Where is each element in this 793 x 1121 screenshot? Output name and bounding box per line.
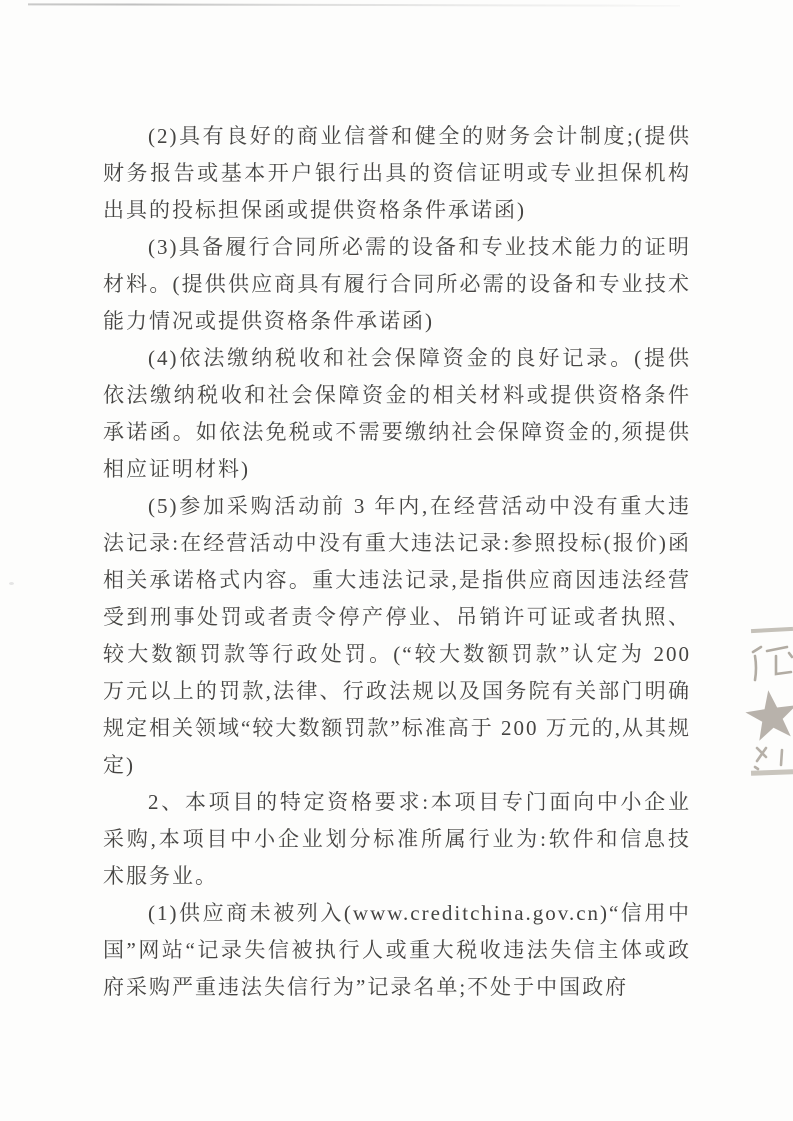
paragraph-item-5: (5)参加采购活动前 3 年内,在经营活动中没有重大违法记录:在经营活动中没有重… (103, 488, 691, 784)
star-icon (745, 687, 793, 742)
scan-artifact-smudge (9, 582, 14, 585)
stamp-partial-characters (753, 647, 792, 680)
document-page: (2)具有良好的商业信誉和健全的财务会计制度;(提供财务报告或基本开户银行出具的… (0, 0, 793, 1121)
stamp-graphic (745, 622, 793, 780)
paragraph-subitem-1: (1)供应商未被列入(www.creditchina.gov.cn)“信用中国”… (103, 895, 691, 1006)
scan-artifact-top-line (28, 3, 680, 6)
document-text-block: (2)具有良好的商业信誉和健全的财务会计制度;(提供财务报告或基本开户银行出具的… (103, 118, 691, 1006)
paragraph-item-4: (4)依法缴纳税收和社会保障资金的良好记录。(提供依法缴纳税收和社会保障资金的相… (103, 340, 691, 488)
stamp-border-top (751, 627, 793, 633)
stamp-border-bottom (751, 769, 793, 775)
paragraph-item-3: (3)具备履行合同所必需的设备和专业技术能力的证明材料。(提供供应商具有履行合同… (103, 229, 691, 340)
stamp-fragment (745, 622, 793, 780)
paragraph-item-2: (2)具有良好的商业信誉和健全的财务会计制度;(提供财务报告或基本开户银行出具的… (103, 118, 691, 229)
paragraph-section-2: 2、本项目的特定资格要求:本项目专门面向中小企业采购,本项目中小企业划分标准所属… (103, 784, 691, 895)
stamp-partial-characters-lower (755, 748, 782, 769)
